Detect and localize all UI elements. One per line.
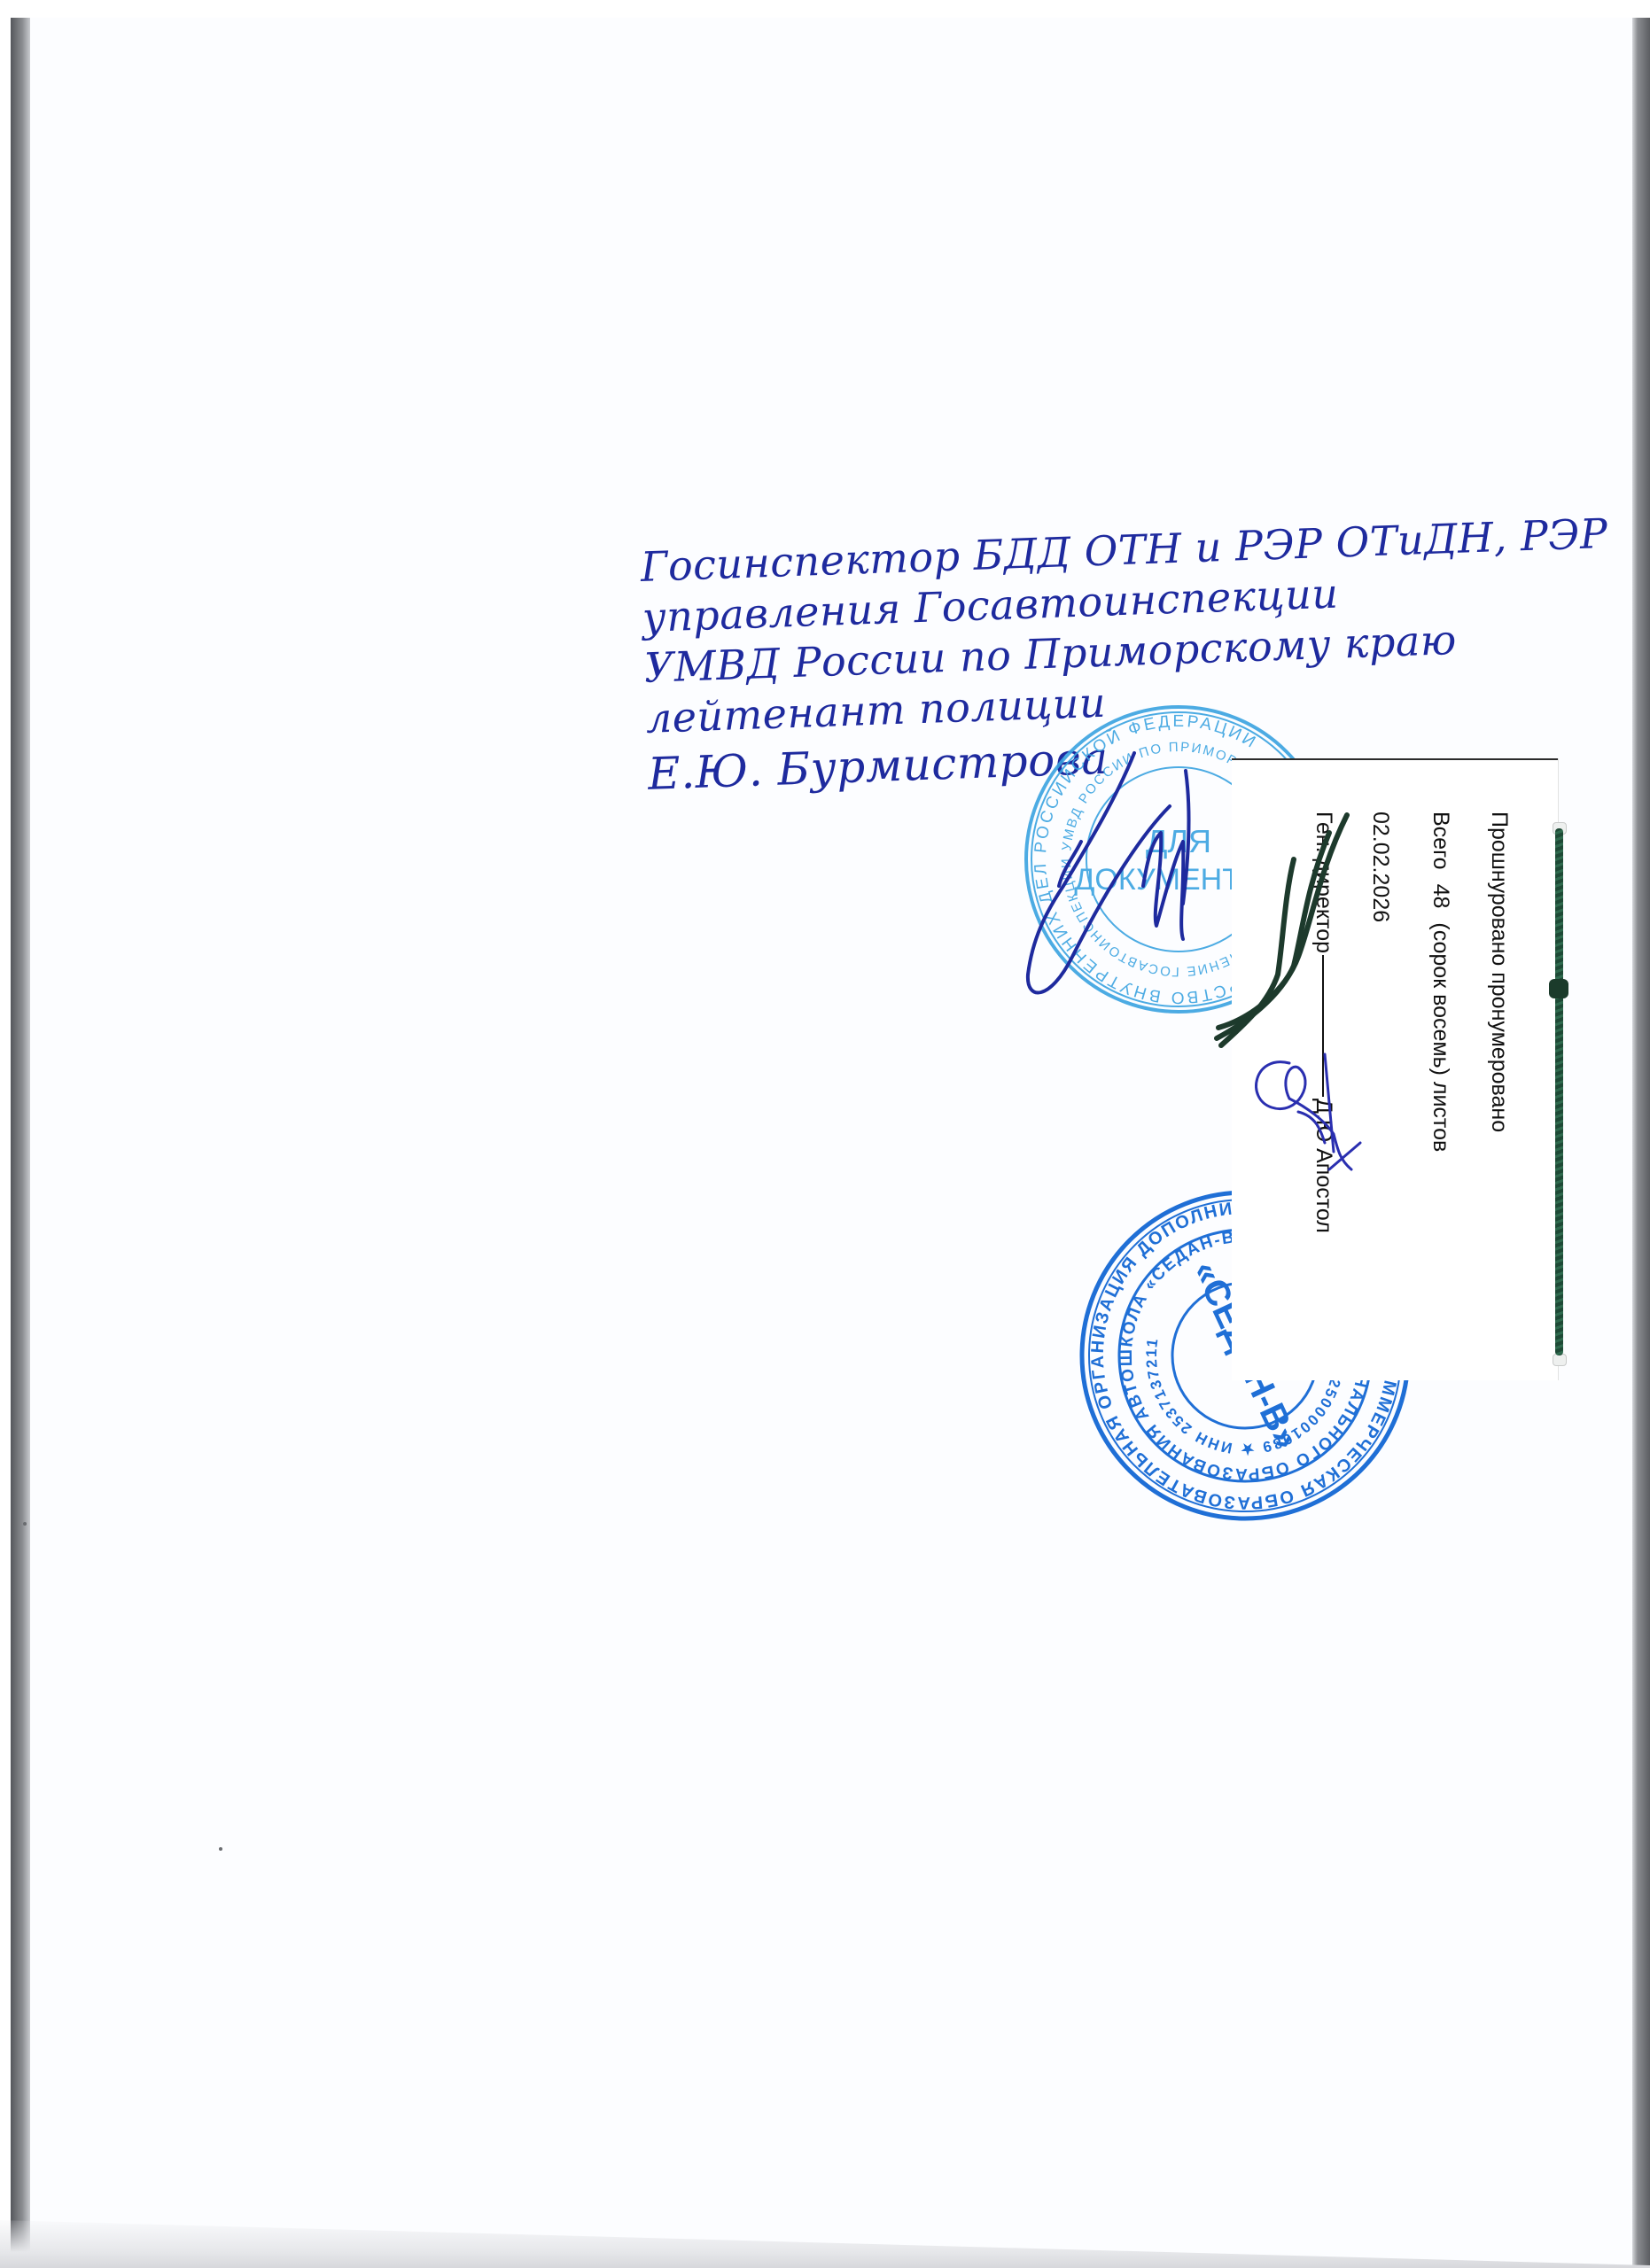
slip-total: Всего48(сорок восемь) листов (1428, 812, 1453, 1152)
scan-speck (23, 1522, 27, 1526)
binding-cord (1555, 828, 1563, 1355)
slip-total-count: 48 (1428, 884, 1453, 909)
slip-total-prefix: Всего (1428, 812, 1453, 870)
scanner-right-edge (1632, 18, 1650, 2268)
slip-total-words: (сорок восемь) листов (1428, 922, 1453, 1152)
scanner-left-edge (11, 18, 30, 2268)
slip-title: Прошнуровано пронумеровано (1486, 812, 1512, 1132)
cord-tails (1214, 797, 1374, 1054)
scan-speck (219, 1847, 222, 1851)
binding-hole (1553, 1354, 1567, 1366)
director-signature (1236, 1045, 1369, 1187)
binding-knot (1549, 979, 1568, 998)
